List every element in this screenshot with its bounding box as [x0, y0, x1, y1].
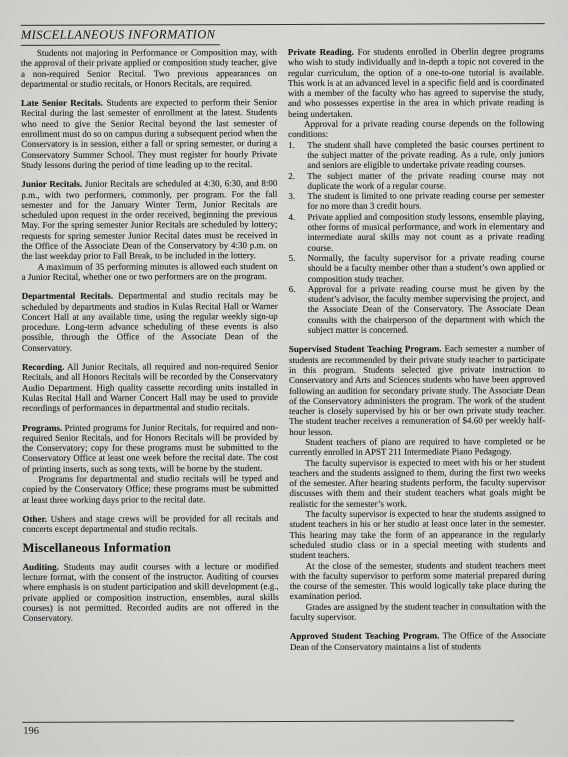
- conditions-list: 1. The student shall have completed the …: [288, 139, 545, 336]
- page-content: MISCELLANEOUS INFORMATION Students not m…: [0, 0, 568, 756]
- page-number: 196: [23, 726, 39, 737]
- section-lead: Programs.: [22, 422, 62, 432]
- supervised-teaching-subparagraph: The faculty supervisor is expected to he…: [289, 508, 545, 560]
- left-column: Students not majoring in Performance or …: [21, 47, 279, 662]
- list-item-number: 1.: [288, 140, 307, 171]
- page-header: MISCELLANEOUS INFORMATION: [21, 27, 220, 46]
- list-item: 4. Private applied and composition study…: [288, 211, 544, 253]
- list-item-text: Private applied and composition study le…: [307, 211, 544, 253]
- list-item-text: Normally, the faculty supervisor for a p…: [308, 252, 545, 284]
- programs-note-paragraph: Programs for departmental and studio rec…: [22, 473, 278, 505]
- list-item: 3. The student is limited to one private…: [288, 190, 544, 211]
- list-item-number: 6.: [289, 284, 308, 336]
- supervised-teaching-subparagraph: The faculty supervisor is expected to me…: [289, 457, 545, 509]
- section-lead: Recording.: [22, 362, 64, 372]
- section-text: For students enrolled in Oberlin degree …: [288, 46, 544, 119]
- list-item-text: The subject matter of the private readin…: [307, 170, 544, 191]
- list-item-number: 3.: [288, 191, 307, 212]
- departmental-recitals-paragraph: Departmental Recitals. Departmental and …: [22, 290, 278, 353]
- section-text: Students are expected to perform their S…: [21, 97, 277, 170]
- right-column: Private Reading. For students enrolled i…: [288, 46, 546, 661]
- two-column-text: Students not majoring in Performance or …: [21, 46, 546, 662]
- recording-paragraph: Recording. All Junior Recitals, all requ…: [22, 361, 278, 413]
- junior-recitals-note-paragraph: A maximum of 35 performing minutes is al…: [22, 261, 278, 282]
- list-item-number: 5.: [289, 253, 308, 284]
- section-text: Students may audit courses with a lectur…: [23, 561, 279, 623]
- supervised-teaching-subparagraph: Student teachers of piano are required t…: [289, 436, 545, 457]
- programs-paragraph: Programs. Printed programs for Junior Re…: [22, 422, 278, 474]
- other-paragraph: Other. Ushers and stage crews will be pr…: [22, 513, 278, 534]
- intro-paragraph: Students not majoring in Performance or …: [21, 47, 277, 89]
- section-lead: Other.: [22, 514, 46, 524]
- approved-teaching-paragraph: Approved Student Teaching Program. The O…: [290, 630, 546, 651]
- auditing-paragraph: Auditing. Students may audit courses wit…: [23, 561, 279, 624]
- document-page: MISCELLANEOUS INFORMATION Students not m…: [0, 0, 568, 756]
- list-item: 6. Approval for a private reading course…: [289, 283, 545, 335]
- section-lead: Late Senior Recitals.: [21, 98, 103, 108]
- section-text: Each semester a number of students are r…: [289, 343, 545, 436]
- list-item-text: The student shall have completed the bas…: [307, 139, 544, 171]
- section-text: Ushers and stage crews will be provided …: [23, 513, 279, 534]
- late-senior-recitals-paragraph: Late Senior Recitals. Students are expec…: [21, 97, 277, 170]
- list-item: 5. Normally, the faculty supervisor for …: [289, 252, 545, 284]
- section-lead: Auditing.: [23, 562, 59, 572]
- approval-intro-paragraph: Approval for a private reading course de…: [288, 118, 544, 139]
- section-text: Junior Recitals are scheduled at 4:30, 6…: [21, 178, 277, 261]
- section-heading-miscellaneous-information: Miscellaneous Information: [23, 542, 279, 553]
- list-item: 2. The subject matter of the private rea…: [288, 170, 544, 191]
- list-item-number: 2.: [288, 170, 307, 191]
- junior-recitals-paragraph: Junior Recitals. Junior Recitals are sch…: [21, 178, 277, 261]
- section-lead: Departmental Recitals.: [22, 291, 113, 301]
- section-lead: Junior Recitals.: [21, 179, 82, 189]
- section-lead: Approved Student Teaching Program.: [290, 631, 440, 642]
- top-rule: [21, 23, 545, 26]
- list-item-text: The student is limited to one private re…: [307, 190, 544, 211]
- supervised-teaching-subparagraph: At the close of the semester, students a…: [290, 560, 546, 602]
- supervised-teaching-subparagraph: Grades are assigned by the student teach…: [290, 601, 546, 622]
- section-lead: Supervised Student Teaching Program.: [289, 344, 442, 355]
- private-reading-paragraph: Private Reading. For students enrolled i…: [288, 46, 544, 119]
- footer-rule: [22, 720, 514, 723]
- list-item: 1. The student shall have completed the …: [288, 139, 544, 171]
- section-lead: Private Reading.: [288, 47, 354, 57]
- supervised-teaching-paragraph: Supervised Student Teaching Program. Eac…: [289, 343, 545, 437]
- list-item-number: 4.: [288, 212, 307, 253]
- list-item-text: Approval for a private reading course mu…: [308, 283, 545, 335]
